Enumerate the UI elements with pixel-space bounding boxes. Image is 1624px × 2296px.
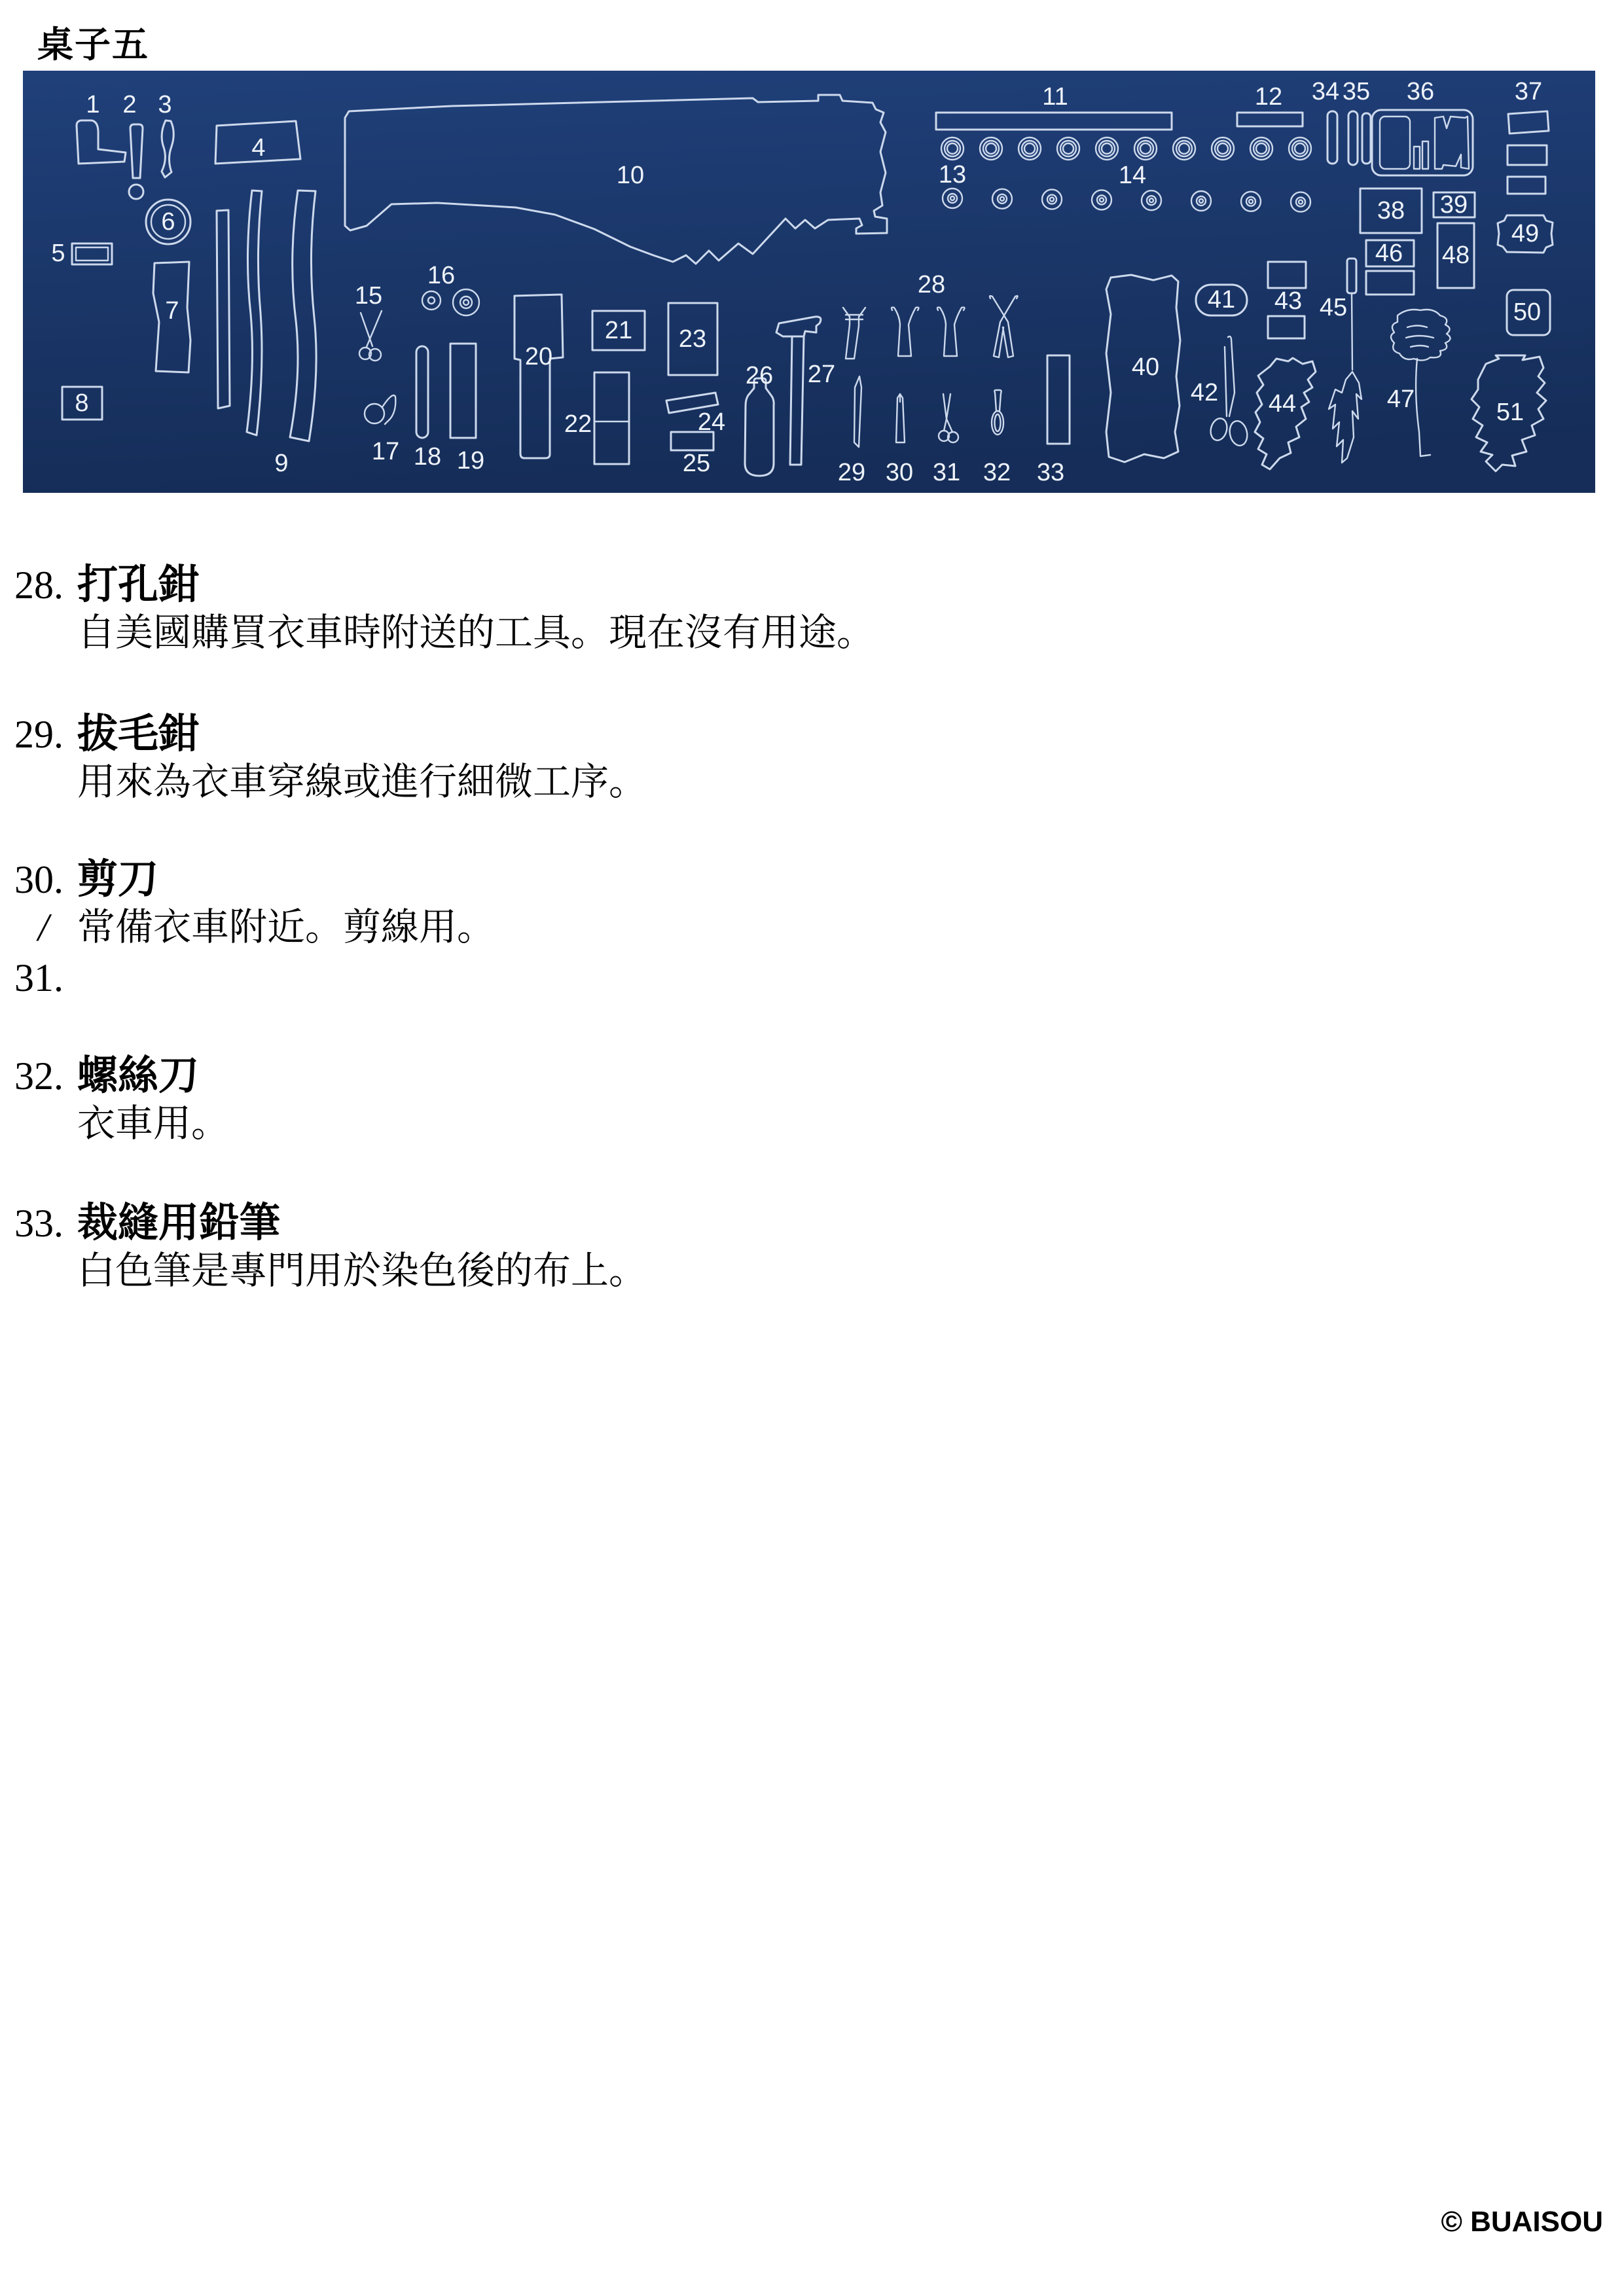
item-number: 28. xyxy=(14,560,63,611)
item-number: 32. xyxy=(14,1050,63,1102)
document-page: { "page": { "title": "桌子五", "copyright":… xyxy=(0,0,1624,2296)
tool-list: 28.打孔鉗自美國購買衣車時附送的工具。現在沒有用途。29.拔毛鉗用來為衣車穿線… xyxy=(0,0,1624,2296)
copyright-text: © BUAISOU xyxy=(1441,2206,1603,2238)
item-description: 常備衣車附近。剪線用。 xyxy=(77,902,495,953)
item-number: 33. xyxy=(14,1198,63,1249)
item-slash: / xyxy=(38,902,49,953)
item-number: 29. xyxy=(14,709,63,760)
item-description: 用來為衣車穿線或進行細微工序。 xyxy=(77,757,647,808)
item-number: 31. xyxy=(14,952,63,1003)
item-title: 螺絲刀 xyxy=(77,1050,199,1102)
item-description: 自美國購買衣車時附送的工具。現在沒有用途。 xyxy=(77,607,875,658)
item-number: 30. xyxy=(14,854,63,905)
item-title: 裁縫用鉛筆 xyxy=(77,1198,280,1249)
item-title: 拔毛鉗 xyxy=(77,709,199,760)
item-description: 衣車用。 xyxy=(77,1098,229,1149)
item-description: 白色筆是專門用於染色後的布上。 xyxy=(77,1246,647,1297)
item-title: 剪刀 xyxy=(77,854,158,905)
item-title: 打孔鉗 xyxy=(77,560,199,611)
